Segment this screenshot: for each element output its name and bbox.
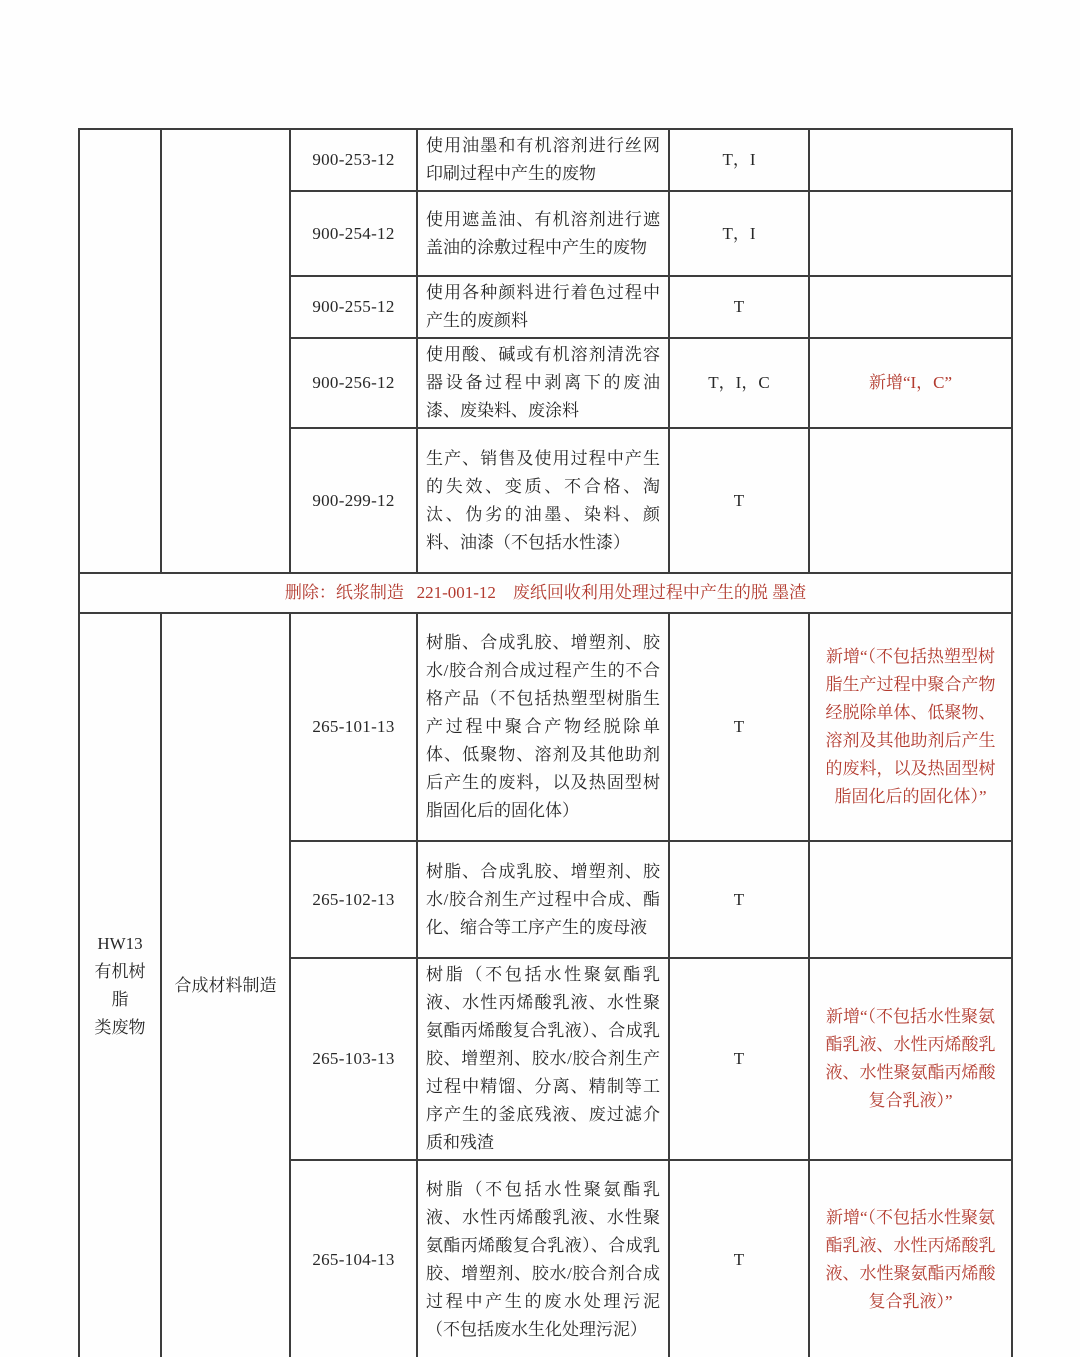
- waste-description-cell: 树脂、合成乳胶、增塑剂、胶水/胶合剂合成过程产生的不合格产品（不包括热塑型树脂生…: [417, 613, 669, 841]
- category-cell-empty: [79, 129, 161, 573]
- waste-description-cell: 使用各种颜料进行着色过程中产生的废颜料: [417, 276, 669, 338]
- industry-cell-empty: [161, 129, 290, 573]
- revision-note-cell: [809, 428, 1012, 573]
- industry-cell: 合成材料制造: [161, 613, 290, 1357]
- waste-code-cell: 265-104-13: [290, 1160, 417, 1357]
- waste-description-cell: 使用油墨和有机溶剂进行丝网印刷过程中产生的废物: [417, 129, 669, 191]
- table-row: 900-253-12 使用油墨和有机溶剂进行丝网印刷过程中产生的废物 T，I: [79, 129, 1012, 191]
- waste-code-cell: 900-253-12: [290, 129, 417, 191]
- hazard-property-cell: T，I: [669, 191, 809, 276]
- waste-code-cell: 900-254-12: [290, 191, 417, 276]
- hazard-property-cell: T: [669, 1160, 809, 1357]
- waste-description-cell: 使用酸、碱或有机溶剂清洗容器设备过程中剥离下的废油漆、废染料、废涂料: [417, 338, 669, 428]
- hazard-property-cell: T，I，C: [669, 338, 809, 428]
- revision-note-cell: 新增“（不包括水性聚氨酯乳液、水性丙烯酸乳液、水性聚氨酯丙烯酸复合乳液）”: [809, 958, 1012, 1160]
- hazard-property-cell: T，I: [669, 129, 809, 191]
- waste-code-cell: 265-103-13: [290, 958, 417, 1160]
- hazard-property-cell: T: [669, 958, 809, 1160]
- revision-note-cell: [809, 129, 1012, 191]
- revision-note-cell: 新增“（不包括水性聚氨酯乳液、水性丙烯酸乳液、水性聚氨酯丙烯酸复合乳液）”: [809, 1160, 1012, 1357]
- waste-code-cell: 900-255-12: [290, 276, 417, 338]
- waste-description-cell: 树脂（不包括水性聚氨酯乳液、水性丙烯酸乳液、水性聚氨酯丙烯酸复合乳液）、合成乳胶…: [417, 958, 669, 1160]
- hazard-property-cell: T: [669, 276, 809, 338]
- category-cell-hw13: HW13 有机树脂 类废物: [79, 613, 161, 1357]
- waste-code-cell: 900-299-12: [290, 428, 417, 573]
- waste-code-cell: 265-102-13: [290, 841, 417, 958]
- hazard-property-cell: T: [669, 613, 809, 841]
- waste-code-cell: 265-101-13: [290, 613, 417, 841]
- waste-description-cell: 使用遮盖油、有机溶剂进行遮盖油的涂敷过程中产生的废物: [417, 191, 669, 276]
- table-row: HW13 有机树脂 类废物 合成材料制造 265-101-13 树脂、合成乳胶、…: [79, 613, 1012, 841]
- revision-note-cell: [809, 191, 1012, 276]
- document-page: 900-253-12 使用油墨和有机溶剂进行丝网印刷过程中产生的废物 T，I 9…: [0, 0, 1080, 1357]
- deletion-note-row: 删除：纸浆制造 221-001-12 废纸回收利用处理过程中产生的脱 墨渣: [79, 573, 1012, 613]
- revision-note-cell: 新增“（不包括热塑型树脂生产过程中聚合产物经脱除单体、低聚物、溶剂及其他助剂后产…: [809, 613, 1012, 841]
- revision-note-cell: [809, 841, 1012, 958]
- waste-description-cell: 树脂、合成乳胶、增塑剂、胶水/胶合剂生产过程中合成、酯化、缩合等工序产生的废母液: [417, 841, 669, 958]
- waste-description-cell: 生产、销售及使用过程中产生的失效、变质、不合格、淘汰、伪劣的油墨、染料、颜料、油…: [417, 428, 669, 573]
- hazard-property-cell: T: [669, 841, 809, 958]
- hazardous-waste-table: 900-253-12 使用油墨和有机溶剂进行丝网印刷过程中产生的废物 T，I 9…: [78, 128, 1013, 1357]
- revision-note-cell: [809, 276, 1012, 338]
- deletion-note-cell: 删除：纸浆制造 221-001-12 废纸回收利用处理过程中产生的脱 墨渣: [79, 573, 1012, 613]
- revision-note-cell: 新增“I，C”: [809, 338, 1012, 428]
- waste-code-cell: 900-256-12: [290, 338, 417, 428]
- hazard-property-cell: T: [669, 428, 809, 573]
- waste-description-cell: 树脂（不包括水性聚氨酯乳液、水性丙烯酸乳液、水性聚氨酯丙烯酸复合乳液）、合成乳胶…: [417, 1160, 669, 1357]
